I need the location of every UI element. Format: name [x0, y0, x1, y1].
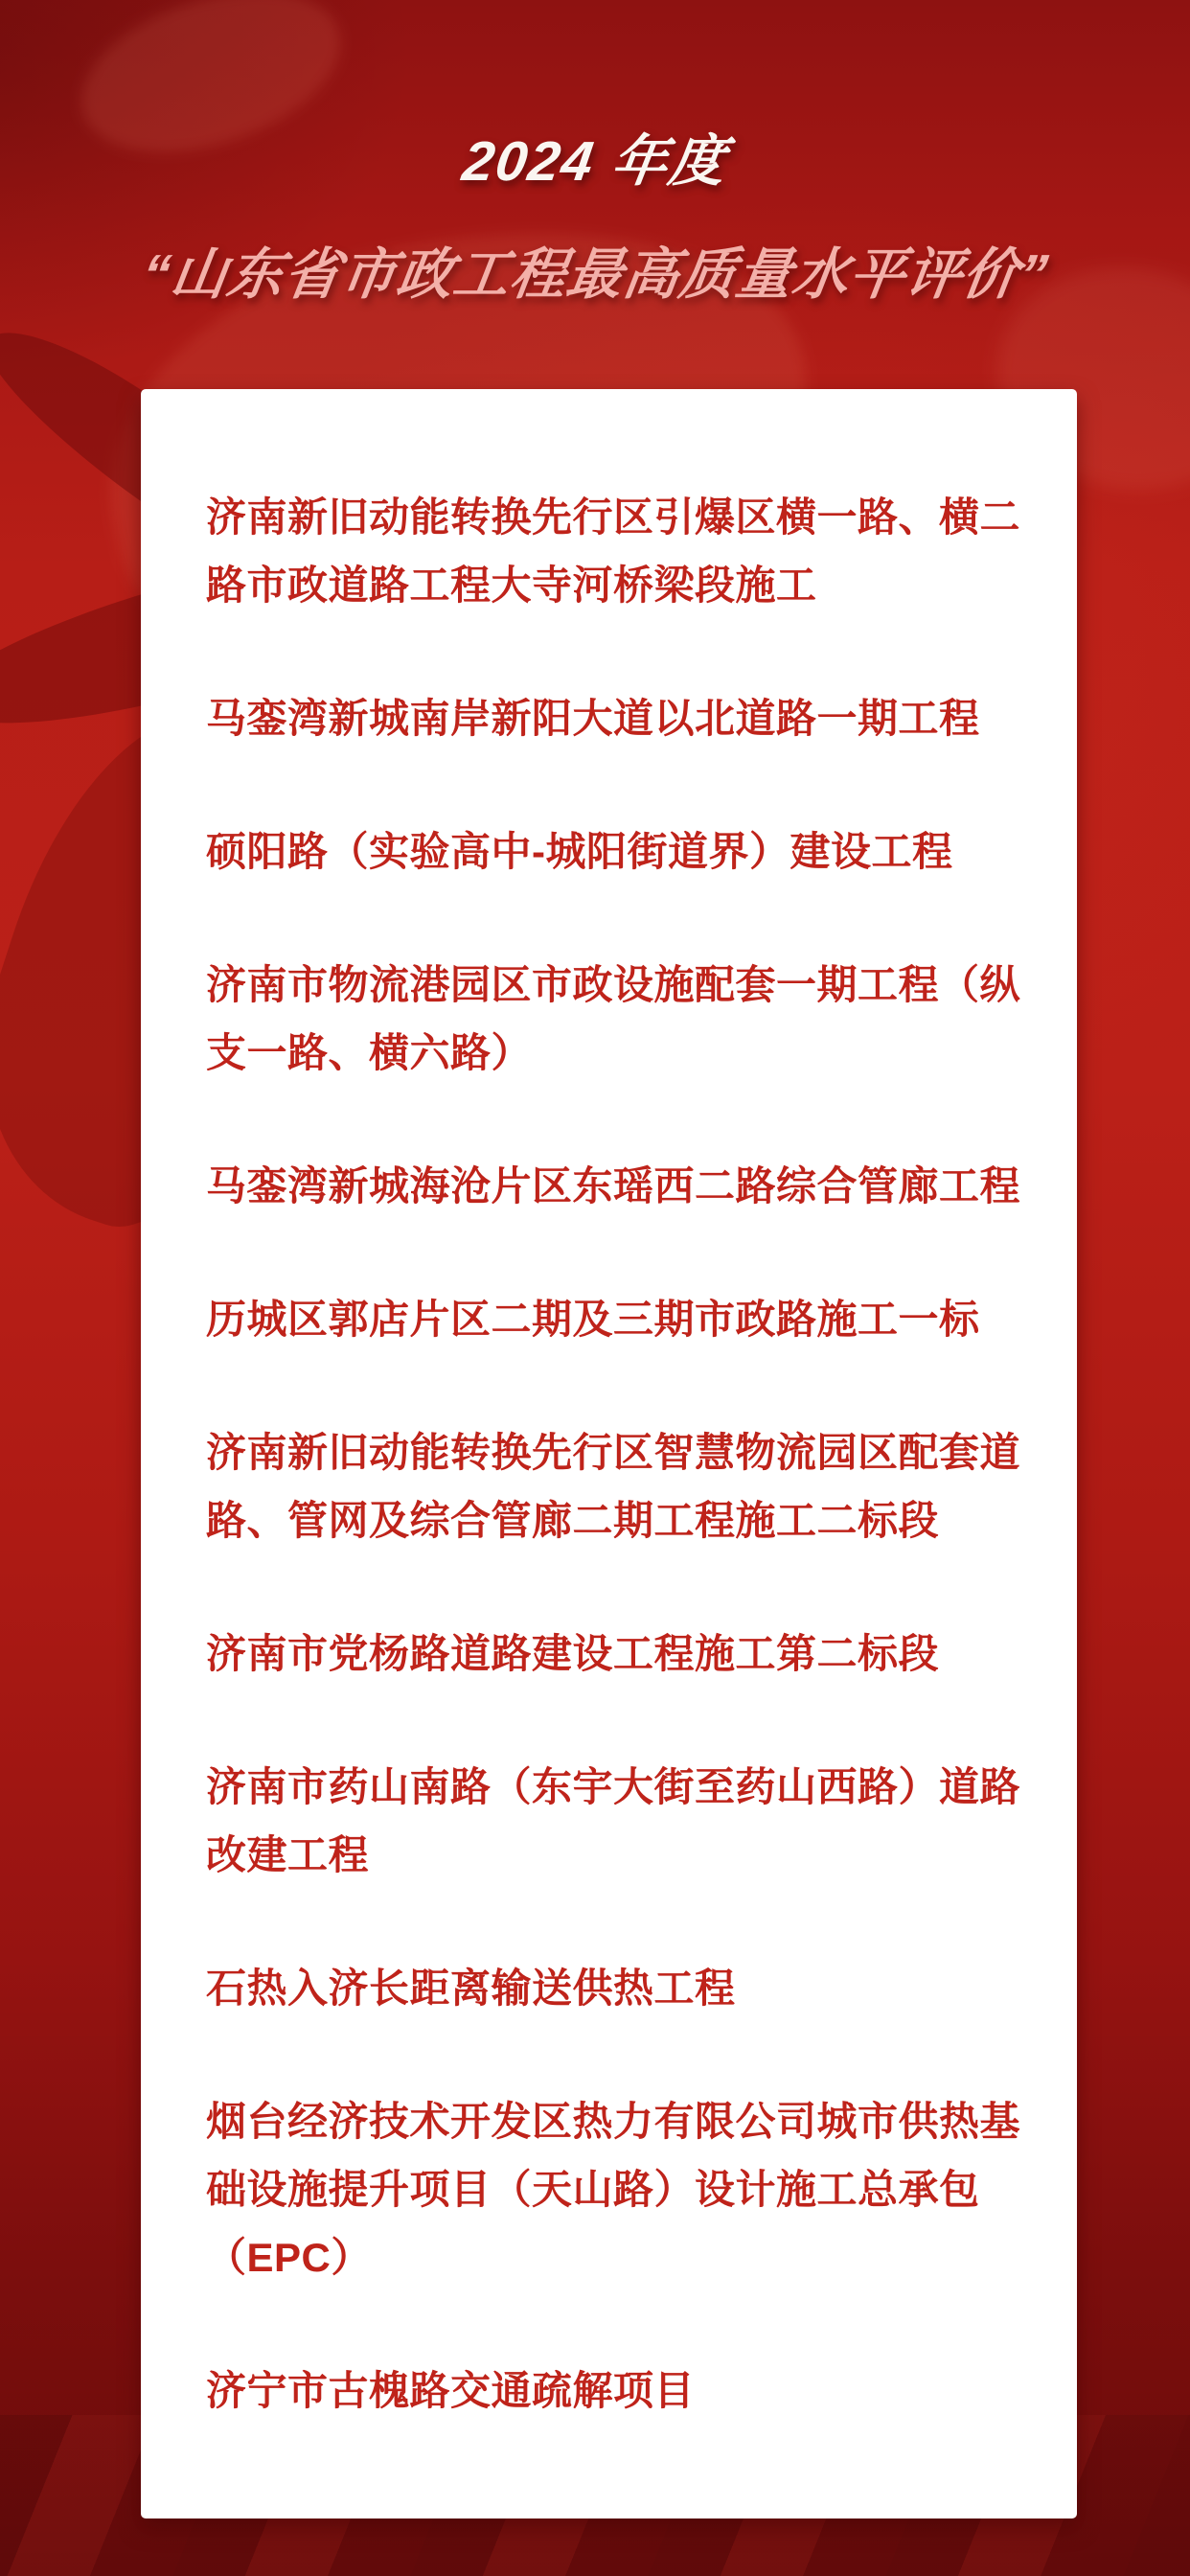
project-list: 济南新旧动能转换先行区引爆区横一路、横二路市政道路工程大寺河桥梁段施工马銮湾新城… [206, 483, 1021, 2425]
page-title: 2024 年度 [0, 132, 1190, 192]
project-item: 济南新旧动能转换先行区智慧物流园区配套道路、管网及综合管廊二期工程施工二标段 [206, 1418, 1021, 1554]
project-item: 烟台经济技术开发区热力有限公司城市供热基础设施提升项目（天山路）设计施工总承包（… [206, 2087, 1021, 2291]
project-item: 济南新旧动能转换先行区引爆区横一路、横二路市政道路工程大寺河桥梁段施工 [206, 483, 1021, 619]
project-item: 济南市物流港园区市政设施配套一期工程（纵支一路、横六路） [206, 951, 1021, 1087]
project-item: 济南市药山南路（东宇大街至药山西路）道路改建工程 [206, 1753, 1021, 1889]
project-item: 马銮湾新城海沧片区东瑶西二路综合管廊工程 [206, 1152, 1021, 1220]
project-item: 济南市党杨路道路建设工程施工第二标段 [206, 1620, 1021, 1688]
page-subtitle: “山东省市政工程最高质量水平评价” [0, 243, 1190, 307]
project-item: 石热入济长距离输送供热工程 [206, 1954, 1021, 2022]
poster-background: 2024 年度 “山东省市政工程最高质量水平评价” 济南新旧动能转换先行区引爆区… [0, 0, 1190, 2576]
project-item: 马銮湾新城南岸新阳大道以北道路一期工程 [206, 684, 1021, 752]
project-item: 历城区郭店片区二期及三期市政路施工一标 [206, 1285, 1021, 1353]
projects-card: 济南新旧动能转换先行区引爆区横一路、横二路市政道路工程大寺河桥梁段施工马銮湾新城… [141, 389, 1077, 2518]
project-item: 济宁市古槐路交通疏解项目 [206, 2357, 1021, 2425]
project-item: 硕阳路（实验高中-城阳街道界）建设工程 [206, 817, 1021, 885]
